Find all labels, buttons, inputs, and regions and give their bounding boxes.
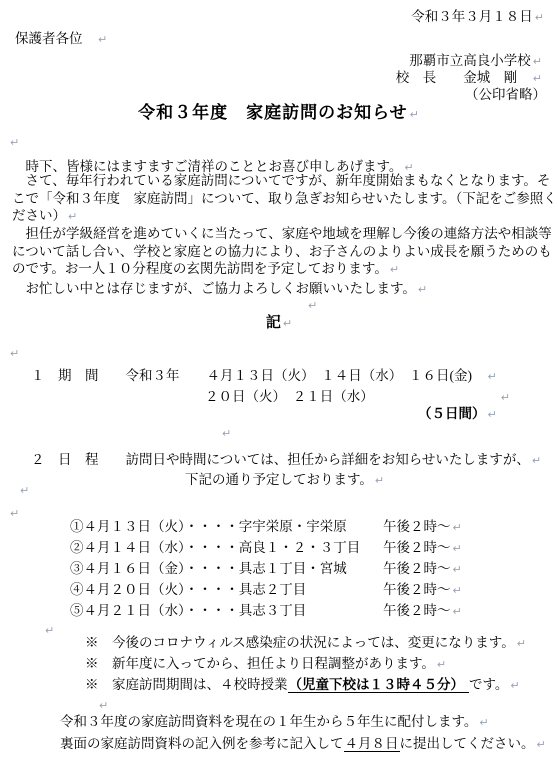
paragraph-mark: ↵: [530, 454, 541, 467]
paragraph-announcement: さて、毎年行われている家庭訪問についてですが、新年度開始まもなくとなります。そこ…: [12, 172, 558, 226]
paragraph-mark: ↵: [281, 317, 292, 330]
empty-paragraph-mark: ↵: [43, 624, 54, 637]
note-3: ※ 家庭訪問期間は、４校時授業（児童下校は１３時４５分）です。↵: [85, 675, 526, 696]
paragraph-request-text: お忙しい中とは存じますが、ご協力よろしくお願いいたします。: [12, 281, 416, 296]
paragraph-mark: ↵: [515, 637, 526, 650]
paragraph-mark: ↵: [388, 263, 399, 276]
visit-schedule-list: ①４月１３日（火）・・・・字宇栄原・宇栄原午後２時～↵ ②４月１４日（水）・・・…: [70, 516, 550, 621]
visit-row-4-time-text: 午後２時～: [383, 582, 451, 597]
paragraph-mark: ↵: [66, 210, 77, 223]
schedule-intro-row1: ２ 日 程 訪問日や時間については、担任から詳細をお知らせいたしますが、↵: [31, 448, 541, 468]
visit-row-5-time-text: 午後２時～: [383, 603, 451, 618]
paragraph-purpose: 担任が学級経営を進めていくに当たって、家庭や地域を理解し今後の連絡方法や相談等に…: [12, 225, 558, 279]
paragraph-mark: ↵: [451, 521, 462, 534]
paragraph-mark: ↵: [477, 716, 488, 729]
empty-paragraph-mark: ↵: [8, 507, 19, 520]
closing-line-2-post: に提出してください。: [400, 736, 535, 751]
visit-row-1-time-text: 午後２時～: [383, 519, 451, 534]
empty-paragraph-mark: ↵: [220, 427, 231, 440]
period-row1: １ 期 間 令和３年 ４月１３日（火） １４日（水） １６日(金) ↵: [31, 364, 497, 384]
visit-row-1-time: 午後２時～↵: [383, 516, 462, 538]
visit-row-2-time-text: 午後２時～: [383, 540, 451, 555]
visit-row-3-time: 午後２時～↵: [383, 558, 462, 580]
addressee: 保護者各位 ↵: [15, 27, 107, 47]
paragraph-mark: ↵: [451, 584, 462, 597]
schedule-intro-row2: 下記の通り予定しております。↵: [185, 468, 384, 488]
note-3-emphasis: （児童下校は１３時４５分）: [288, 677, 470, 693]
empty-paragraph-mark: ↵: [8, 136, 19, 149]
visit-row-5: ⑤４月２１日（水）・・・・具志３丁目午後２時～↵: [70, 600, 550, 621]
note-3-post: です。: [469, 677, 508, 692]
closing-line-1: 令和３年度の家庭訪問資料を現在の１年生から５年生に配付します。↵: [60, 711, 546, 733]
period-row2-text: ２０日（火） ２１日（水）: [205, 389, 374, 404]
visit-row-3-time-text: 午後２時～: [383, 561, 451, 576]
ki-heading-text: 記: [266, 315, 281, 331]
paragraph-mark: ↵: [533, 11, 544, 24]
visit-row-5-label: ⑤４月２１日（水）・・・・具志３丁目: [70, 603, 306, 618]
visit-row-2-label: ②４月１４日（水）・・・・高良１・２・３丁目: [70, 540, 360, 555]
page-title: 令和３年度 家庭訪問のお知らせ↵: [0, 98, 558, 123]
period-total-text: （５日間）: [418, 406, 486, 421]
paragraph-mark: ↵: [499, 391, 510, 404]
schedule-intro-row1-text: ２ 日 程 訪問日や時間については、担任から詳細をお知らせいたしますが、: [31, 452, 530, 467]
note-1: ※ 今後のコロナウィルス感染症の状況によっては、変更になります。↵: [85, 633, 526, 654]
visit-row-2-time: 午後２時～↵: [383, 537, 462, 559]
visit-row-1-label: ①４月１３日（火）・・・・字宇栄原・宇栄原: [70, 519, 347, 534]
note-2-text: ※ 新年度に入ってから、担任より日程調整があります。: [85, 656, 435, 671]
paragraph-mark: ↵: [451, 605, 462, 618]
paragraph-announcement-text: さて、毎年行われている家庭訪問についてですが、新年度開始まもなくとなります。そこ…: [12, 173, 557, 223]
paragraph-mark: ↵: [451, 563, 462, 576]
note-1-text: ※ 今後のコロナウィルス感染症の状況によっては、変更になります。: [85, 635, 515, 650]
paragraph-mark: ↵: [451, 542, 462, 555]
addressee-text: 保護者各位: [15, 31, 96, 46]
closing-block: 令和３年度の家庭訪問資料を現在の１年生から５年生に配付します。↵ 裏面の家庭訪問…: [60, 711, 546, 755]
schedule-intro-row2-text: 下記の通り予定しております。: [185, 472, 373, 487]
paragraph-mark: ↵: [96, 33, 107, 46]
visit-row-4: ④４月２０日（火）・・・・具志２丁目午後２時～↵: [70, 579, 550, 600]
paragraph-mark: ↵: [408, 108, 420, 121]
document-page: 令和３年３月１８日↵ 保護者各位 ↵ 那覇市立高良小学校↵ 校 長 金城 剛 ↵…: [0, 0, 558, 765]
paragraph-mark: ↵: [486, 408, 497, 421]
closing-line-2-pre: 裏面の家庭訪問資料の記入例を参考に記入して: [60, 736, 344, 751]
visit-row-3: ③４月１６日（金）・・・・具志１丁目・宮城午後２時～↵: [70, 558, 550, 579]
note-2: ※ 新年度に入ってから、担任より日程調整があります。↵: [85, 654, 526, 675]
paragraph-mark: ↵: [535, 738, 546, 751]
issue-date-text: 令和３年３月１８日: [411, 9, 533, 24]
closing-line-1-text: 令和３年度の家庭訪問資料を現在の１年生から５年生に配付します。: [60, 714, 477, 729]
period-total: （５日間）↵: [418, 402, 497, 422]
issue-date: 令和３年３月１８日↵: [411, 5, 544, 25]
visit-row-2: ②４月１４日（水）・・・・高良１・２・３丁目午後２時～↵: [70, 537, 550, 558]
submission-date: ４月８日: [344, 736, 400, 752]
paragraph-mark: ↵: [508, 679, 519, 692]
note-3-text: ※ 家庭訪問期間は、４校時授業: [85, 677, 288, 692]
notes-list: ※ 今後のコロナウィルス感染症の状況によっては、変更になります。↵ ※ 新年度に…: [85, 633, 526, 696]
paragraph-mark: ↵: [373, 474, 384, 487]
period-row1-text: １ 期 間 令和３年 ４月１３日（火） １４日（水） １６日(金): [31, 368, 486, 383]
page-title-text: 令和３年度 家庭訪問のお知らせ: [138, 103, 408, 122]
paragraph-mark: ↵: [486, 370, 497, 383]
empty-paragraph-mark: ↵: [18, 484, 29, 497]
paragraph-mark: ↵: [416, 283, 427, 296]
closing-line-2: 裏面の家庭訪問資料の記入例を参考に記入して４月８日に提出してください。↵: [60, 733, 546, 755]
visit-row-1: ①４月１３日（火）・・・・字宇栄原・宇栄原午後２時～↵: [70, 516, 550, 537]
visit-row-4-label: ④４月２０日（火）・・・・具志２丁目: [70, 582, 306, 597]
visit-row-3-label: ③４月１６日（金）・・・・具志１丁目・宮城: [70, 561, 347, 576]
ki-heading: 記↵: [0, 311, 558, 332]
paragraph-mark: ↵: [435, 658, 446, 671]
paragraph-request: お忙しい中とは存じますが、ご協力よろしくお願いいたします。↵: [12, 277, 427, 297]
paragraph-purpose-text: 担任が学級経営を進めていくに当たって、家庭や地域を理解し今後の連絡方法や相談等に…: [12, 226, 552, 276]
visit-row-4-time: 午後２時～↵: [383, 579, 462, 601]
empty-paragraph-mark: ↵: [8, 347, 19, 360]
visit-row-5-time: 午後２時～↵: [383, 600, 462, 622]
